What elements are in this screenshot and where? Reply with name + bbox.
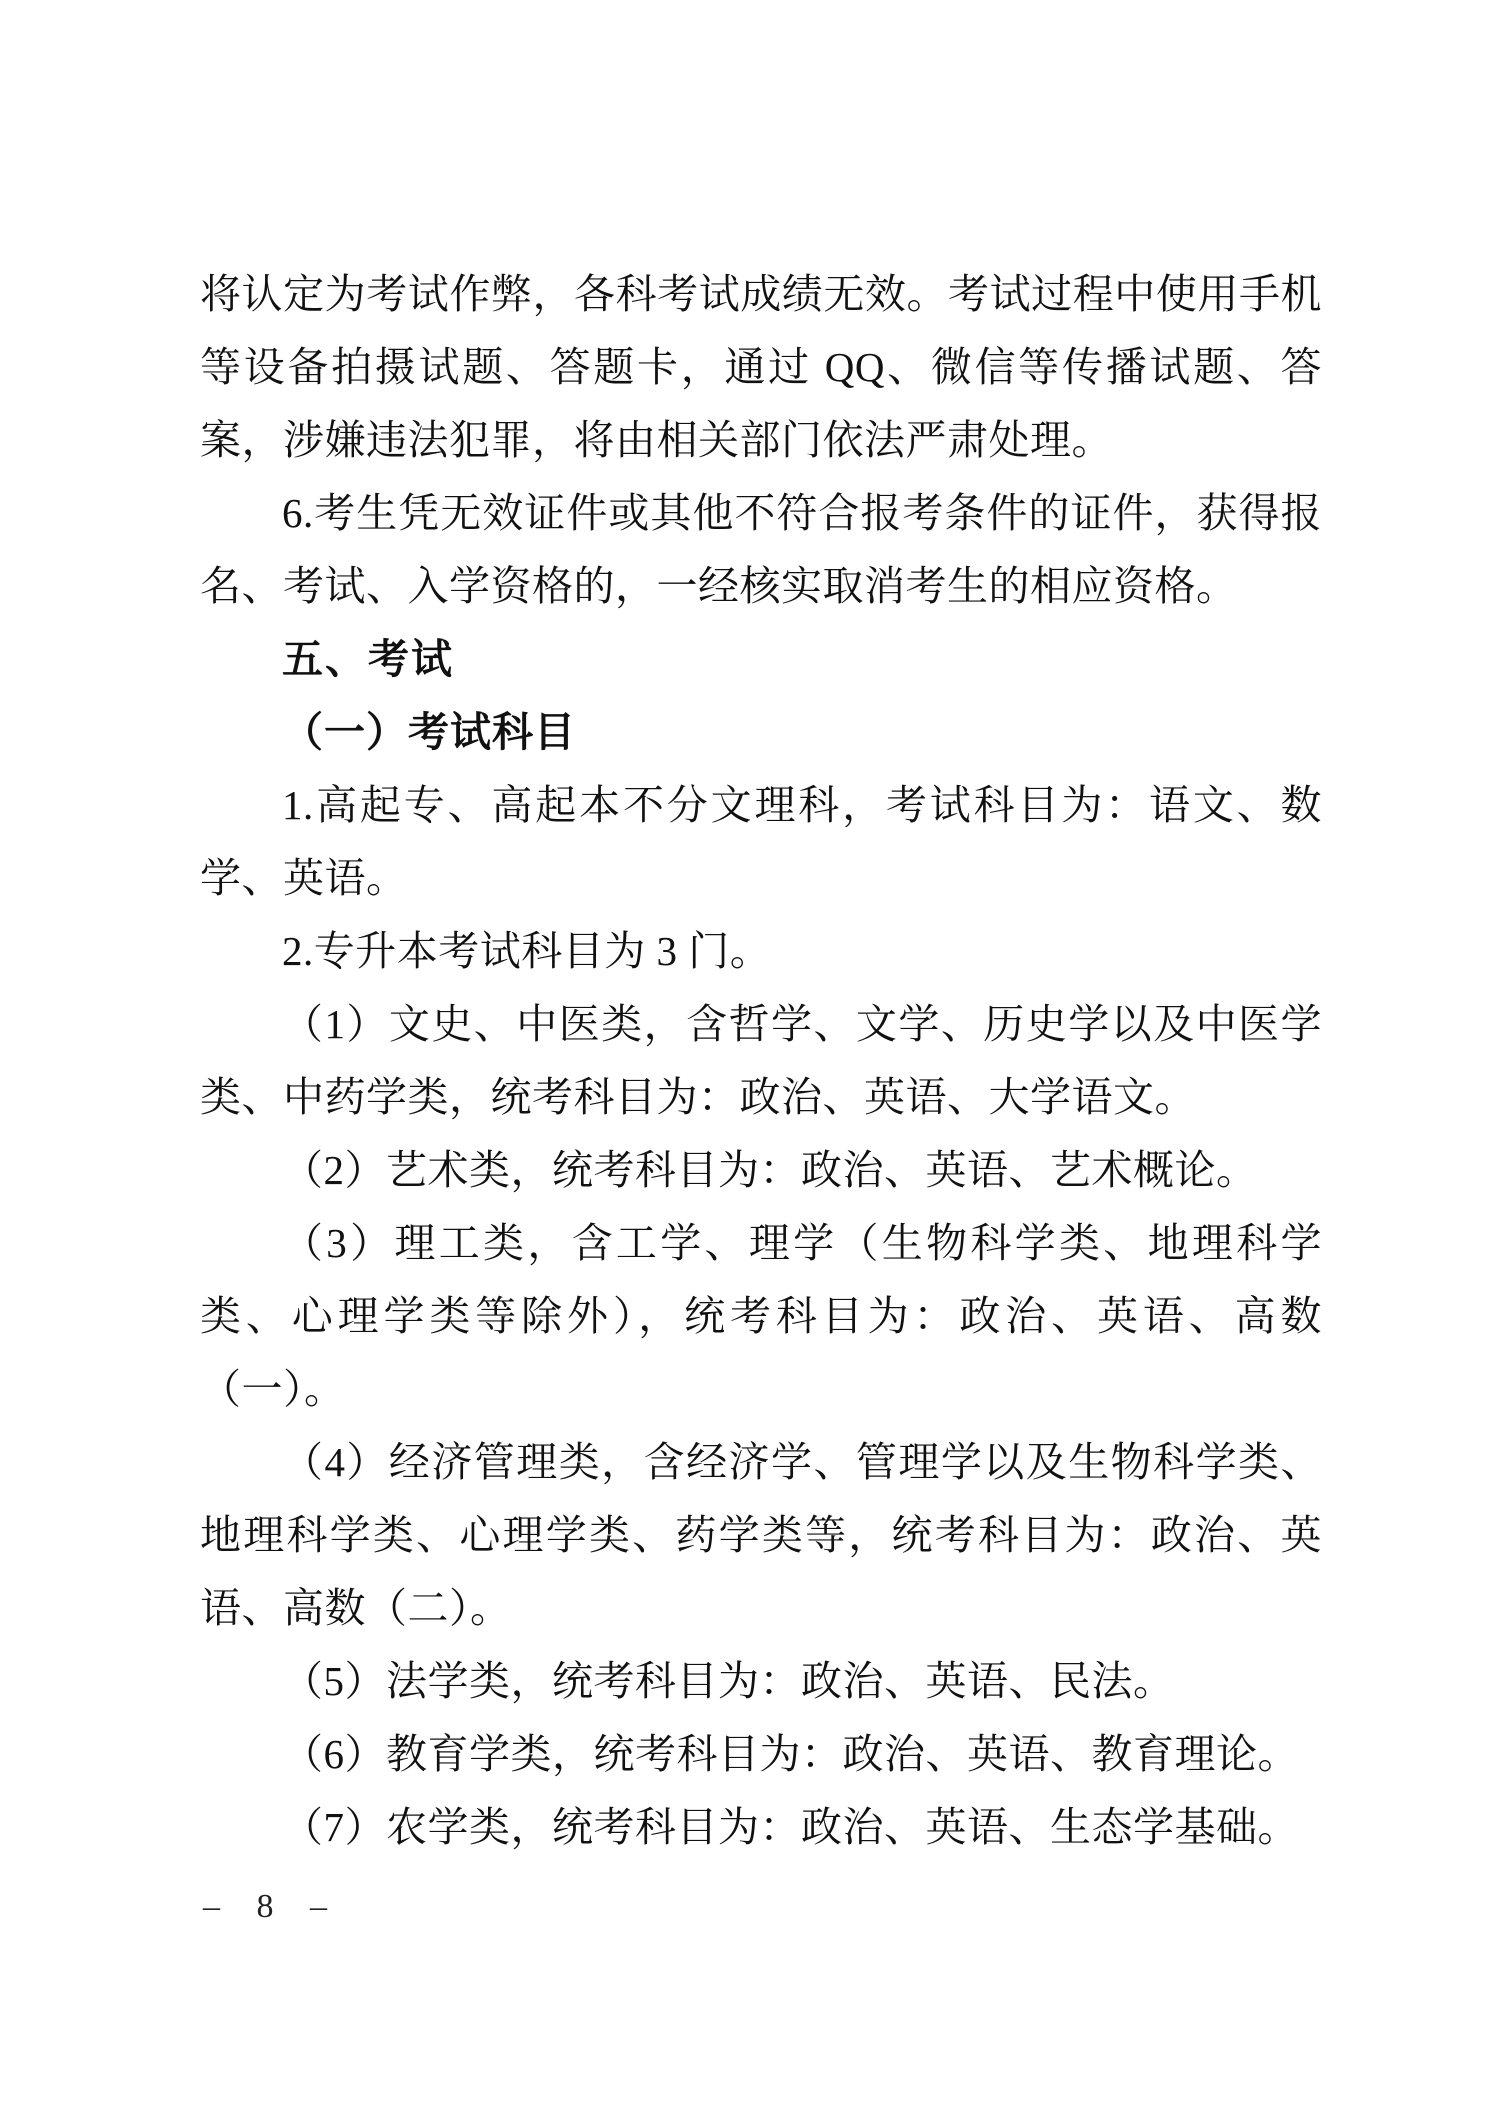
page-number: – 8 –: [203, 1888, 341, 1926]
para-category-7-nongxue: （7）农学类，统考科目为：政治、英语、生态学基础。: [200, 1791, 1322, 1864]
para-category-5-faxue: （5）法学类，统考科目为：政治、英语、民法。: [200, 1645, 1322, 1718]
para-invalid-certificate: 6.考生凭无效证件或其他不符合报考条件的证件，获得报名、考试、入学资格的，一经核…: [200, 477, 1322, 623]
para-category-6-jiaoyu: （6）教育学类，统考科目为：政治、英语、教育理论。: [200, 1718, 1322, 1791]
heading-exam-subjects: （一）考试科目: [200, 696, 1322, 769]
para-gaoqi-subjects: 1.高起专、高起本不分文理科，考试科目为：语文、数学、英语。: [200, 769, 1322, 915]
para-exam-cheating: 将认定为考试作弊，各科考试成绩无效。考试过程中使用手机等设备拍摄试题、答题卡，通…: [200, 258, 1322, 477]
para-zhuanshengben-count: 2.专升本考试科目为 3 门。: [200, 915, 1322, 988]
para-category-1-wenshi: （1）文史、中医类，含哲学、文学、历史学以及中医学类、中药学类，统考科目为：政治…: [200, 988, 1322, 1134]
para-category-2-yishu: （2）艺术类，统考科目为：政治、英语、艺术概论。: [200, 1134, 1322, 1207]
heading-section-five-exam: 五、考试: [200, 623, 1322, 696]
para-category-3-ligong: （3）理工类，含工学、理学（生物科学类、地理科学类、心理学类等除外），统考科目为…: [200, 1207, 1322, 1426]
para-category-4-jingji-guanli: （4）经济管理类，含经济学、管理学以及生物科学类、地理科学类、心理学类、药学类等…: [200, 1426, 1322, 1645]
document-body: 将认定为考试作弊，各科考试成绩无效。考试过程中使用手机等设备拍摄试题、答题卡，通…: [200, 258, 1322, 1864]
document-page: 将认定为考试作弊，各科考试成绩无效。考试过程中使用手机等设备拍摄试题、答题卡，通…: [0, 0, 1497, 2117]
